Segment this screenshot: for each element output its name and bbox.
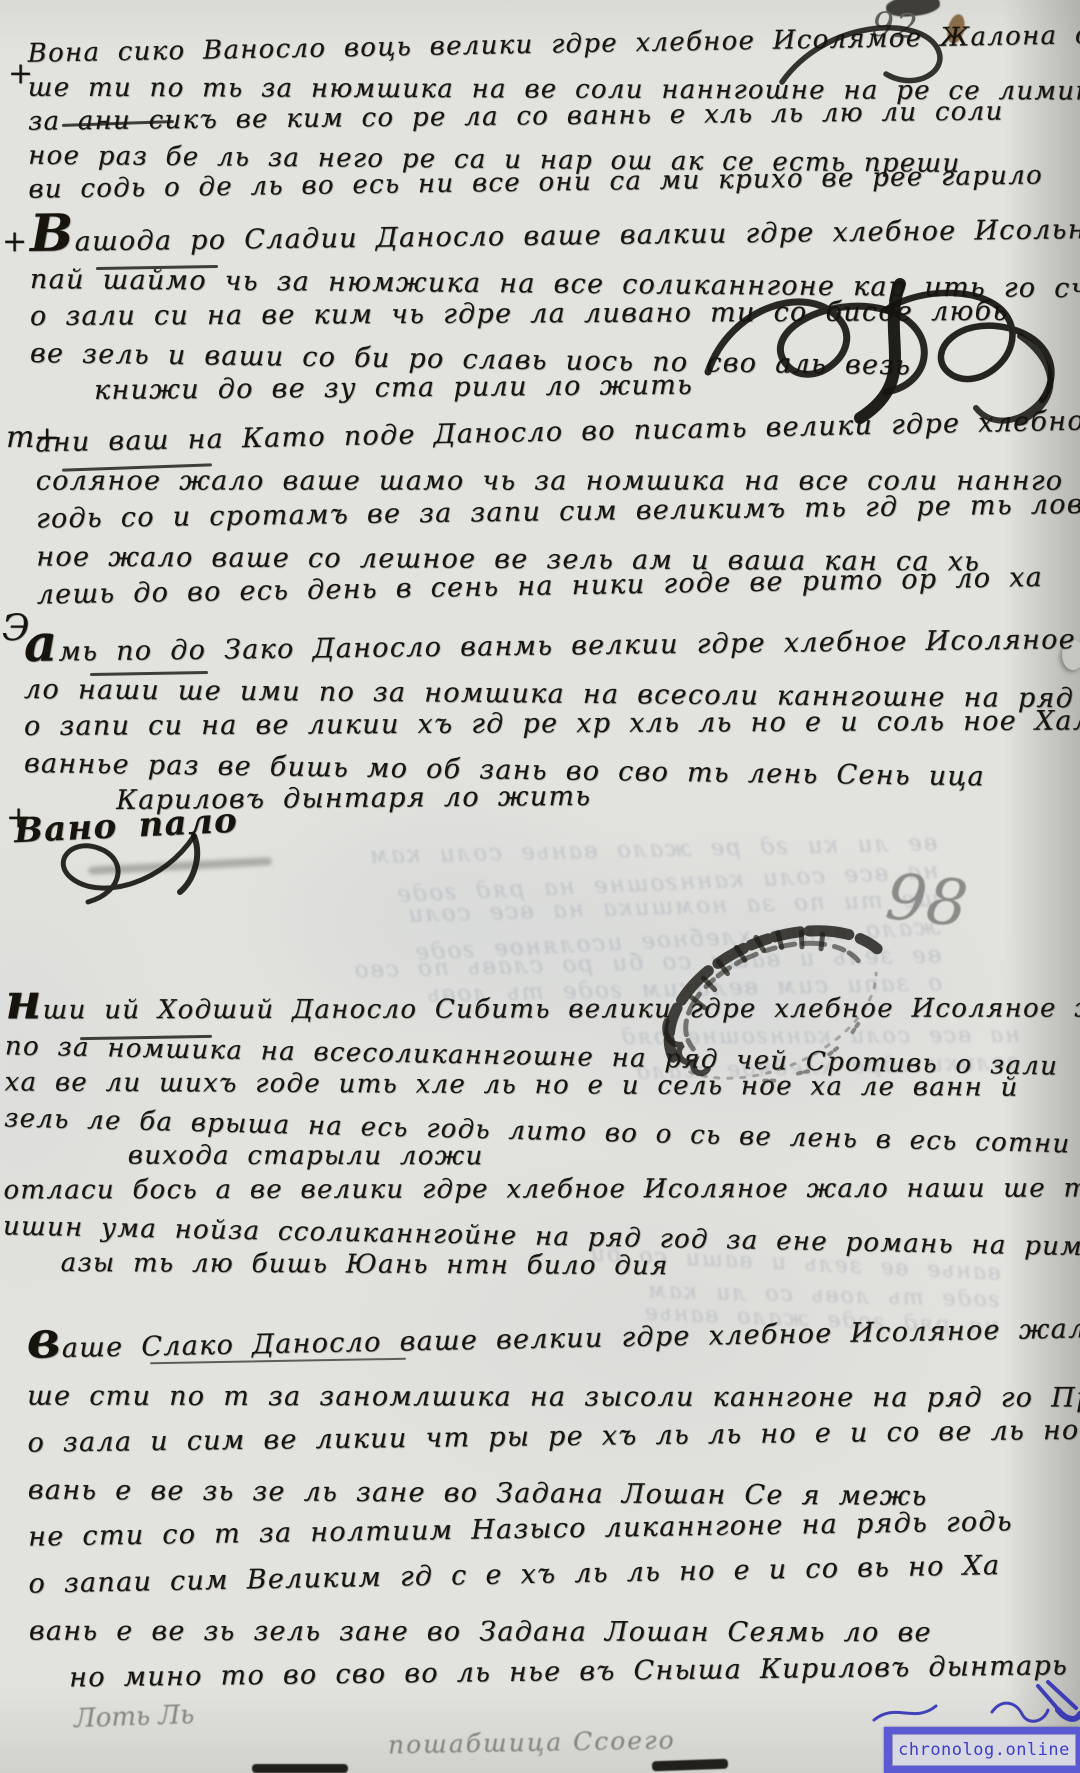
handwritten-line: вихода старыли ложи [128, 1138, 1078, 1176]
ink-flourish-icon [766, 12, 966, 96]
blue-pen-marks-icon [862, 1676, 1080, 1734]
archive-stamp-icon [640, 895, 910, 1110]
handwritten-line: нши ий Ходший Даносло Сибить велики гдре… [5, 987, 1079, 1029]
handwritten-line: отласи бось а ве велики гдре хлебное Исо… [3, 1170, 1077, 1208]
manuscript-page: 92 98 + + т+ Э + ве ли ки гд ре жало ван… [0, 0, 1080, 1773]
ink-flourish-icon [44, 822, 254, 914]
handwritten-line: азы ть лю бишь Юань нтн било дия [61, 1245, 1077, 1286]
handwritten-line: Вашода ро Сладии Даносло ваше валкии гдр… [30, 207, 1078, 261]
margin-cross-mark: + [2, 224, 27, 259]
text-block-6: ваше Слако Даносло ваше велкии гдре хлеб… [27, 1318, 1080, 1701]
text-block-4: амь по до Зако Даносло ванмь велкии гдре… [24, 630, 1078, 819]
faint-line: пошабшица Ссоего [388, 1725, 676, 1759]
paper-edge-mark [652, 1759, 728, 1772]
text-block-3: ани ваш на Като поде Даносло во писать в… [35, 415, 1077, 614]
handwritten-line: амь по до Зако Даносло ванмь велкии гдре… [24, 617, 1078, 671]
handwritten-line: о запи си на ве ликии хъ гд ре хр хль ль… [24, 702, 1078, 745]
text-block-5: нши ий Ходший Даносло Сибить велики гдре… [3, 988, 1080, 1291]
handwritten-line: ха ве ли шихъ годе ить хле ль но е и сел… [4, 1064, 1078, 1106]
faint-line: Лоть Ль [74, 1700, 195, 1734]
paper-edge-mark [252, 1764, 348, 1773]
watermark-badge: chronolog.online [884, 1727, 1080, 1773]
watermark-text: chronolog.online [898, 1740, 1070, 1760]
ink-flourish-signature-icon [690, 276, 1080, 428]
watermark-inner-frame: chronolog.online [892, 1734, 1076, 1766]
